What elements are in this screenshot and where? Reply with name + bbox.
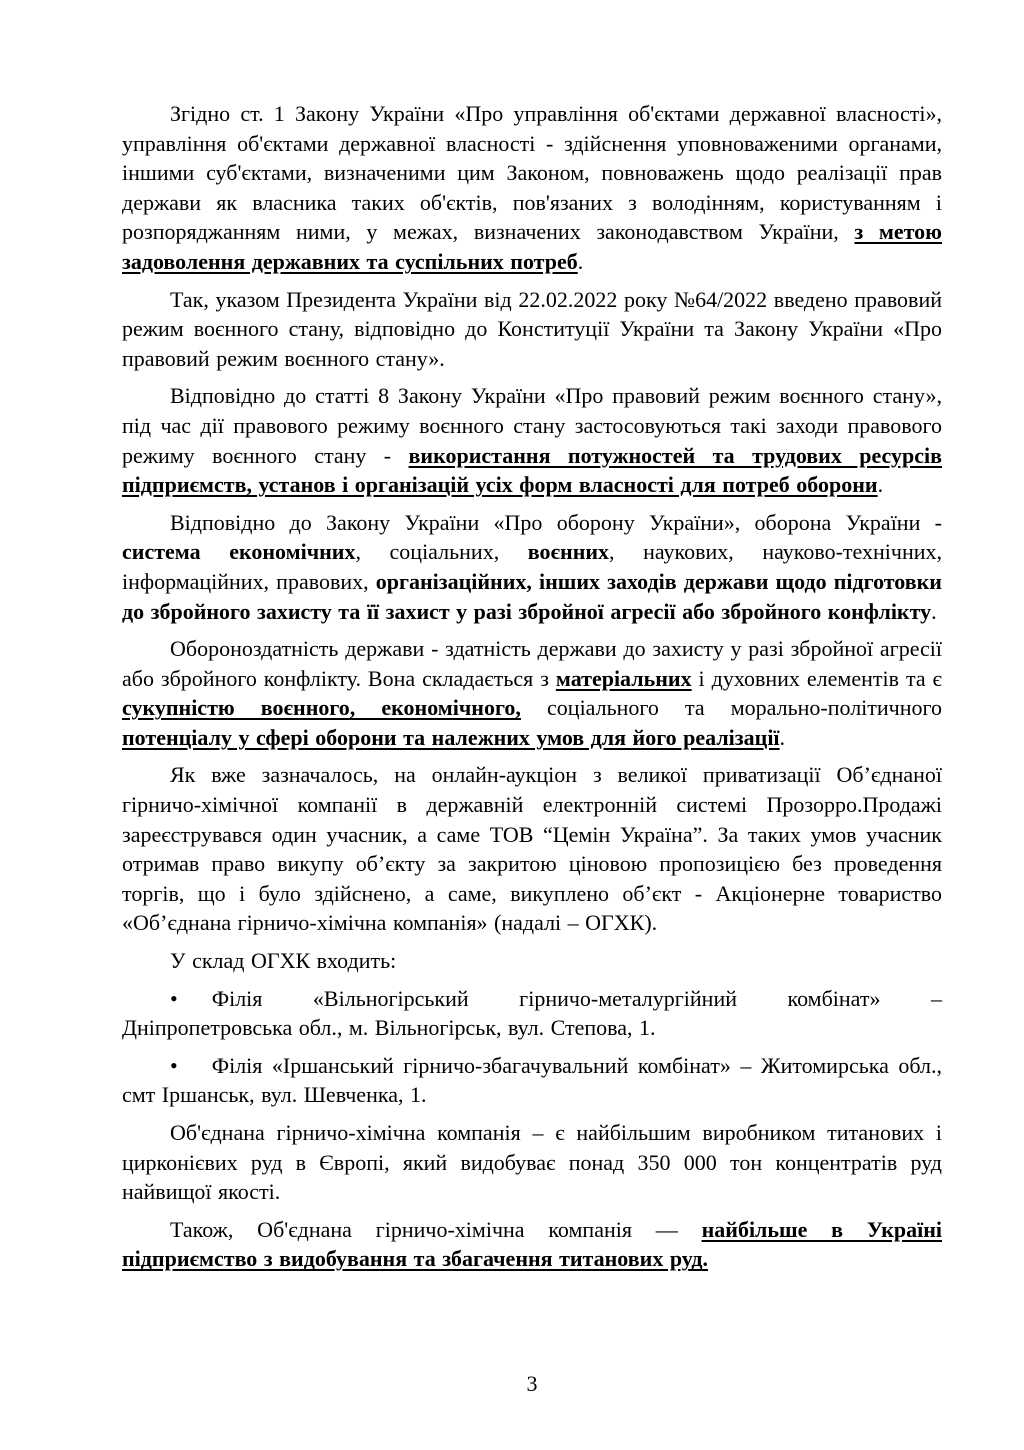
text-run: У склад ОГХК входить: [170, 948, 396, 973]
paragraph: Також, Об'єднана гірничо-хімічна компані… [122, 1215, 942, 1274]
list-item: •Філія «Вільногірський гірничо-металургі… [122, 984, 942, 1043]
paragraph: Відповідно до Закону України «Про оборон… [122, 508, 942, 626]
page-footer: 3 [122, 1371, 942, 1397]
text-run: Філія «Іршанський гірничо-збагачувальний… [122, 1053, 942, 1108]
paragraph: Відповідно до статті 8 Закону України «П… [122, 381, 942, 499]
bullet-icon: • [170, 1053, 178, 1078]
paragraph: Так, указом Президента України від 22.02… [122, 285, 942, 374]
text-run: потенціалу у сфері оборони та належних у… [122, 725, 780, 750]
text-run: Так, указом Президента України від 22.02… [122, 287, 942, 371]
text-run: матеріальних [556, 666, 692, 691]
text-run: сукупністю воєнного, економічного, [122, 695, 521, 720]
text-run: і духовних елементів та є [692, 666, 942, 691]
text-run: Відповідно до Закону України «Про оборон… [170, 510, 942, 535]
text-run: . [878, 472, 884, 497]
text-run: система економічних [122, 539, 355, 564]
text-run: . [578, 249, 584, 274]
page-number: 3 [527, 1371, 538, 1396]
text-run: Як вже зазначалось, на онлайн-аукціон з … [122, 762, 942, 935]
document-body: Згідно ст. 1 Закону України «Про управлі… [122, 99, 942, 1274]
text-run: . [931, 599, 937, 624]
paragraph: Як вже зазначалось, на онлайн-аукціон з … [122, 760, 942, 938]
bullet-icon: • [170, 986, 178, 1011]
paragraph: Об'єднана гірничо-хімічна компанія – є н… [122, 1118, 942, 1207]
text-run: Філія «Вільногірський гірничо-металургій… [122, 986, 942, 1041]
document-page: Згідно ст. 1 Закону України «Про управлі… [0, 0, 1024, 1450]
text-run: Об'єднана гірничо-хімічна компанія – є н… [122, 1120, 942, 1204]
paragraph: У склад ОГХК входить: [122, 946, 942, 976]
text-run: соціального та морально-політичного [521, 695, 942, 720]
text-run: Згідно ст. 1 Закону України «Про управлі… [122, 101, 942, 244]
paragraph: Згідно ст. 1 Закону України «Про управлі… [122, 99, 942, 277]
paragraph: Обороноздатність держави - здатність дер… [122, 634, 942, 752]
text-run: воєнних [528, 539, 609, 564]
text-run: . [780, 725, 786, 750]
list-item: •Філія «Іршанський гірничо-збагачувальни… [122, 1051, 942, 1110]
text-run: Також, Об'єднана гірничо-хімічна компані… [170, 1217, 702, 1242]
text-run: , соціальних, [355, 539, 527, 564]
